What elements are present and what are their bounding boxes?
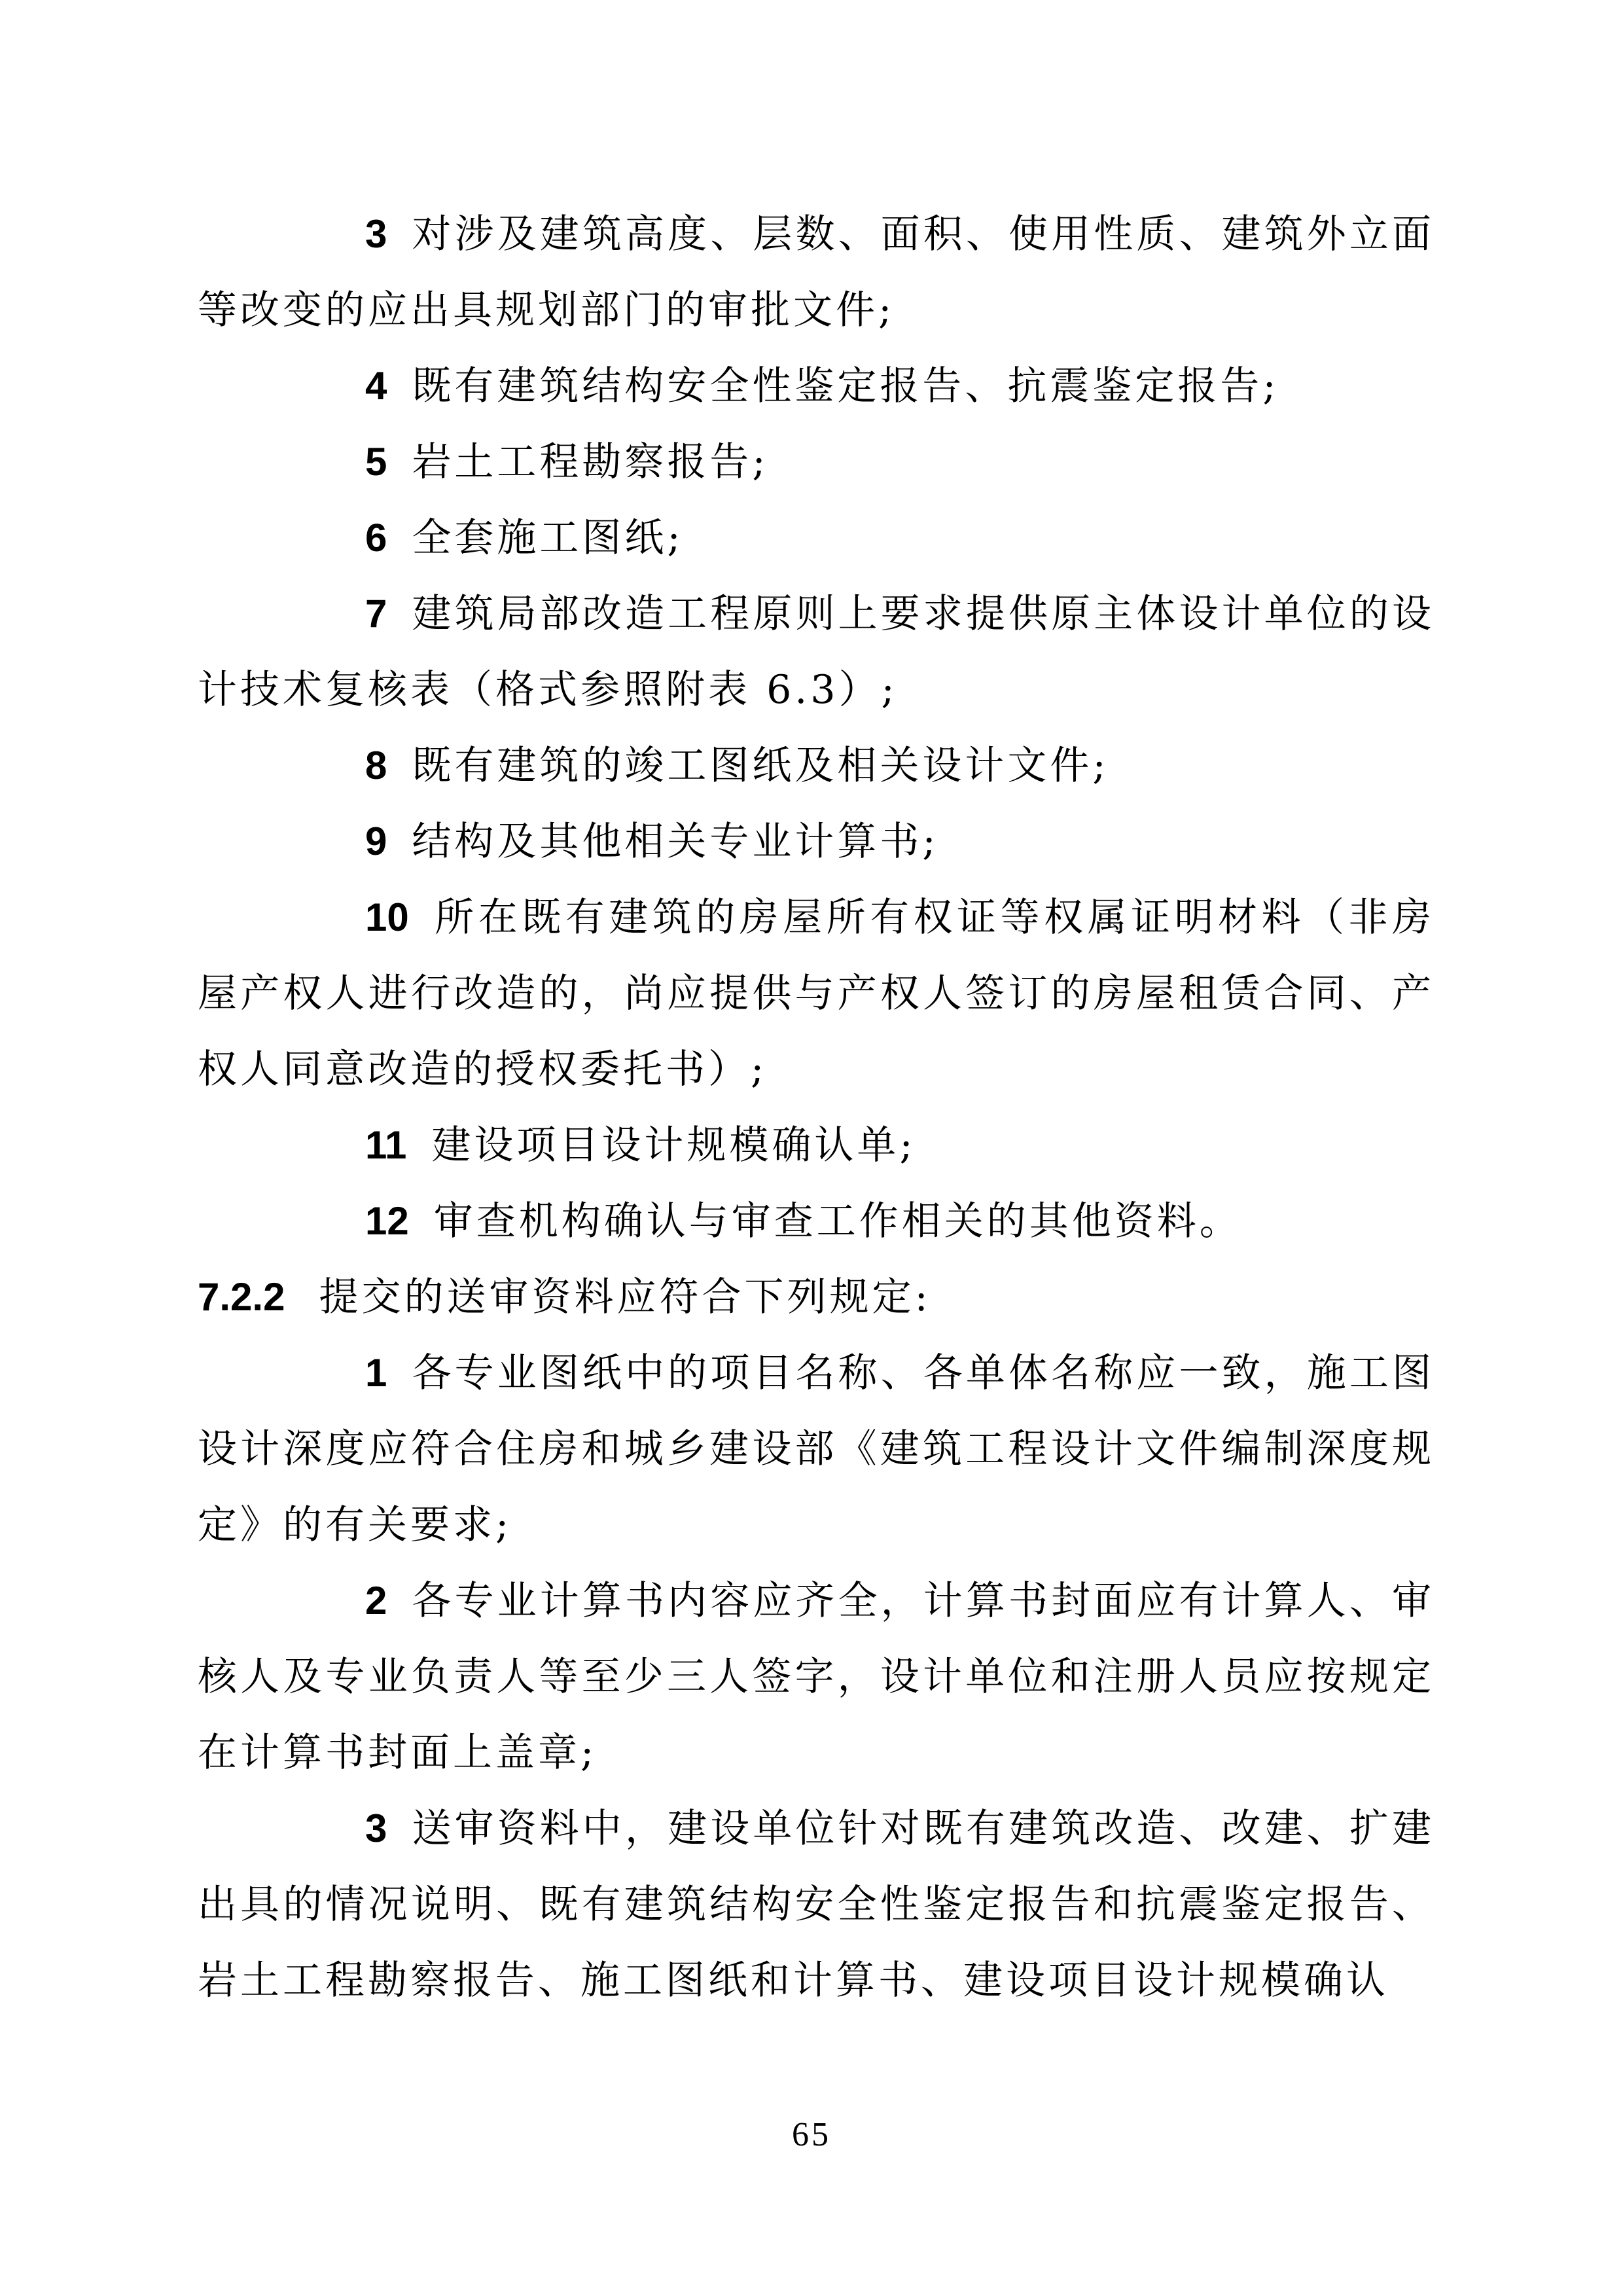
- item-text: 建设项目设计规模确认单;: [431, 1122, 916, 1168]
- list-item-9: 9结构及其他相关专业计算书;: [198, 804, 1435, 880]
- list-item-4: 4既有建筑结构安全性鉴定报告、抗震鉴定报告;: [198, 348, 1435, 424]
- item-text: 既有建筑的竣工图纸及相关设计文件;: [412, 743, 1109, 789]
- clause-heading: 7.2.2提交的送审资料应符合下列规定:: [198, 1259, 1435, 1335]
- clause-item-3: 3送审资料中，建设单位针对既有建筑改造、改建、扩建出具的情况说明、既有建筑结构安…: [198, 1791, 1435, 2018]
- clause-text: 提交的送审资料应符合下列规定:: [319, 1274, 931, 1320]
- document-body: 3对涉及建筑高度、层数、面积、使用性质、建筑外立面等改变的应出具规划部门的审批文…: [198, 196, 1435, 2018]
- item-number: 7: [281, 576, 387, 652]
- item-number: 10: [281, 880, 409, 956]
- clause-number: 7.2.2: [198, 1259, 285, 1335]
- item-number: 4: [281, 348, 387, 424]
- list-item-6: 6全套施工图纸;: [198, 500, 1435, 576]
- list-item-8: 8既有建筑的竣工图纸及相关设计文件;: [198, 728, 1435, 804]
- item-text: 全套施工图纸;: [412, 515, 683, 561]
- item-text: 结构及其他相关专业计算书;: [412, 819, 938, 865]
- list-item-3: 3对涉及建筑高度、层数、面积、使用性质、建筑外立面等改变的应出具规划部门的审批文…: [198, 196, 1435, 348]
- item-number: 6: [281, 500, 387, 576]
- list-item-11: 11建设项目设计规模确认单;: [198, 1107, 1435, 1183]
- item-text: 岩土工程勘察报告;: [412, 439, 768, 485]
- item-text: 既有建筑结构安全性鉴定报告、抗震鉴定报告;: [412, 363, 1279, 409]
- item-number: 5: [281, 424, 387, 500]
- list-item-10: 10所在既有建筑的房屋所有权证等权属证明材料（非房屋产权人进行改造的，尚应提供与…: [198, 880, 1435, 1107]
- list-item-5: 5岩土工程勘察报告;: [198, 424, 1435, 500]
- page-number: 65: [0, 2115, 1623, 2154]
- item-number: 12: [281, 1183, 409, 1259]
- item-number: 8: [281, 728, 387, 804]
- item-text: 审查机构确认与审查工作相关的其他资料。: [434, 1198, 1242, 1244]
- document-page: 3对涉及建筑高度、层数、面积、使用性质、建筑外立面等改变的应出具规划部门的审批文…: [0, 0, 1623, 2296]
- item-number: 3: [281, 196, 387, 272]
- clause-item-1: 1各专业图纸中的项目名称、各单体名称应一致，施工图设计深度应符合住房和城乡建设部…: [198, 1335, 1435, 1563]
- item-number: 1: [281, 1335, 387, 1411]
- clause-item-2: 2各专业计算书内容应齐全，计算书封面应有计算人、审核人及专业负责人等至少三人签字…: [198, 1563, 1435, 1791]
- item-number: 11: [281, 1107, 406, 1183]
- list-item-12: 12审查机构确认与审查工作相关的其他资料。: [198, 1183, 1435, 1259]
- item-number: 9: [281, 804, 387, 880]
- item-number: 2: [281, 1563, 387, 1639]
- list-item-7: 7建筑局部改造工程原则上要求提供原主体设计单位的设计技术复核表（格式参照附表 6…: [198, 576, 1435, 728]
- item-number: 3: [281, 1791, 387, 1867]
